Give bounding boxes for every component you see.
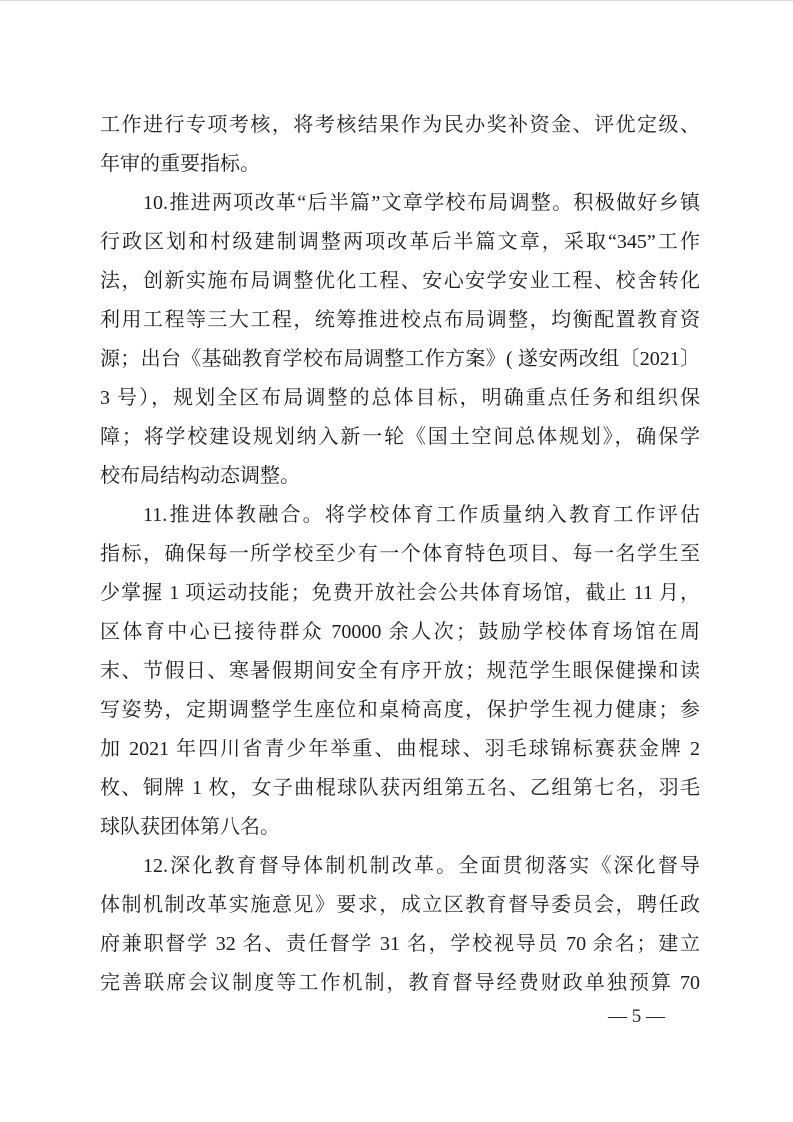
- text-line: 枚、铜牌 1 枚，女子曲棍球队获丙组第五名、乙组第七名，羽毛: [100, 769, 700, 808]
- text-line: 球队获团体第八名。: [100, 808, 700, 847]
- text-line: 区体育中心已接待群众 70000 余人次；鼓励学校体育场馆在周: [100, 613, 700, 652]
- scan-top-edge: [0, 0, 793, 1]
- text-line: 12.深化教育督导体制机制改革。全面贯彻落实《深化督导: [100, 847, 700, 886]
- text-line: 行政区划和村级建制调整两项改革后半篇文章，采取“345”工作: [100, 223, 700, 262]
- text-line: 11.推进体教融合。将学校体育工作质量纳入教育工作评估: [100, 496, 700, 535]
- text-line: 3 号），规划全区布局调整的总体目标，明确重点任务和组织保: [100, 379, 700, 418]
- text-line: 10.推进两项改革“后半篇”文章学校布局调整。积极做好乡镇: [100, 184, 700, 223]
- body-text: 工作进行专项考核，将考核结果作为民办奖补资金、评优定级、 年审的重要指标。 10…: [100, 106, 700, 1003]
- paragraph-item-12: 12.深化教育督导体制机制改革。全面贯彻落实《深化督导 体制机制改革实施意见》要…: [100, 847, 700, 1003]
- document-page: 工作进行专项考核，将考核结果作为民办奖补资金、评优定级、 年审的重要指标。 10…: [0, 0, 793, 1122]
- text-line: 指标，确保每一所学校至少有一个体育特色项目、每一名学生至: [100, 535, 700, 574]
- paragraph-item-11: 11.推进体教融合。将学校体育工作质量纳入教育工作评估 指标，确保每一所学校至少…: [100, 496, 700, 847]
- text-line: 障；将学校建设规划纳入新一轮《国土空间总体规划》，确保学: [100, 418, 700, 457]
- text-line: 年审的重要指标。: [100, 145, 700, 184]
- text-line: 校布局结构动态调整。: [100, 457, 700, 496]
- text-line: 府兼职督学 32 名、责任督学 31 名，学校视导员 70 余名；建立: [100, 925, 700, 964]
- text-line: 源；出台《基础教育学校布局调整工作方案》( 遂安两改组〔2021〕: [100, 340, 700, 379]
- text-line: 写姿势，定期调整学生座位和桌椅高度，保护学生视力健康；参: [100, 691, 700, 730]
- text-line: 体制机制改革实施意见》要求，成立区教育督导委员会，聘任政: [100, 886, 700, 925]
- text-line: 完善联席会议制度等工作机制，教育督导经费财政单独预算 70: [100, 964, 700, 1003]
- text-line: 工作进行专项考核，将考核结果作为民办奖补资金、评优定级、: [100, 106, 700, 145]
- text-line: 利用工程等三大工程，统筹推进校点布局调整，均衡配置教育资: [100, 301, 700, 340]
- paragraph-continuation: 工作进行专项考核，将考核结果作为民办奖补资金、评优定级、 年审的重要指标。: [100, 106, 700, 184]
- text-line: 法，创新实施布局调整优化工程、安心安学安业工程、校舍转化: [100, 262, 700, 301]
- paragraph-item-10: 10.推进两项改革“后半篇”文章学校布局调整。积极做好乡镇 行政区划和村级建制调…: [100, 184, 700, 496]
- text-line: 末、节假日、寒暑假期间安全有序开放；规范学生眼保健操和读: [100, 652, 700, 691]
- text-line: 少掌握 1 项运动技能；免费开放社会公共体育场馆，截止 11 月，: [100, 574, 700, 613]
- text-line: 加 2021 年四川省青少年举重、曲棍球、羽毛球锦标赛获金牌 2: [100, 730, 700, 769]
- page-number: — 5 —: [608, 1006, 665, 1028]
